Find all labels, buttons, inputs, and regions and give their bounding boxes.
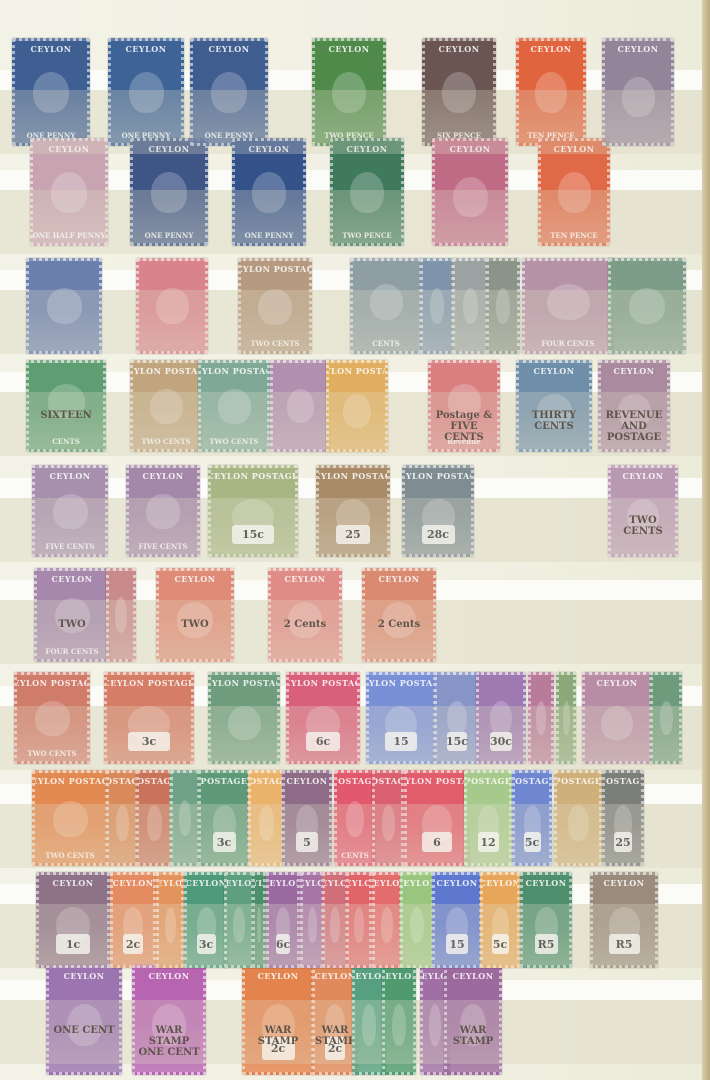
stamp-inscription: CEYLON xyxy=(248,144,289,154)
stamp-inscription: CEYLON xyxy=(185,878,226,888)
monarch-portrait-icon xyxy=(115,597,127,632)
stamp xyxy=(106,568,136,662)
stamp: CEYLONONE PENNY xyxy=(108,38,184,146)
stamp: CEYLON POSTAGE15c xyxy=(208,465,298,557)
stamp: CEYLON xyxy=(400,872,434,968)
stamp-overprint: Postage & FIVE CENTS xyxy=(431,410,497,443)
stamp-inscription: CEYLON xyxy=(480,878,520,888)
monarch-portrait-icon xyxy=(382,805,395,841)
stamp-inscription: CEYLON xyxy=(174,574,215,584)
stamp-inscription: CEYLON xyxy=(142,471,183,481)
monarch-portrait-icon xyxy=(463,288,478,324)
stamp: CEYLONSIX PENCE xyxy=(422,38,496,146)
stamp-value-tablet: R5 xyxy=(535,934,558,954)
stamp: CEYLON POSTAGE6c xyxy=(286,672,360,764)
monarch-portrait-icon xyxy=(308,907,317,943)
stamp-inscription: CEYLON xyxy=(436,878,477,888)
stamp-inscription: CEYLON xyxy=(286,776,327,786)
monarch-portrait-icon xyxy=(47,288,82,324)
stamp: CEYLON3c xyxy=(184,872,228,968)
stamp: POSTAGE xyxy=(372,770,404,866)
monarch-portrait-icon xyxy=(350,172,384,213)
monarch-portrait-icon xyxy=(370,284,403,320)
monarch-portrait-icon xyxy=(257,907,261,943)
stamp: CEYLONFOUR CENTSTWO xyxy=(34,568,110,662)
stamp: CEYLON5 xyxy=(282,770,332,866)
monarch-portrait-icon xyxy=(536,701,546,735)
stamp-inscription: POSTAGE xyxy=(106,776,138,786)
stamp-inscription: CEYLON xyxy=(328,44,369,54)
stamp: POSTAGE xyxy=(136,770,172,866)
stamp xyxy=(420,258,454,354)
stamp xyxy=(528,672,554,764)
stamp-inscription: CEYLON POSTAGE xyxy=(402,471,474,481)
stamp-denomination-text: TWO CENTS xyxy=(209,437,258,446)
stamp: CEYLON xyxy=(346,872,372,968)
stamp-inscription: CEYLON xyxy=(613,366,654,376)
stamp xyxy=(650,672,682,764)
stamp: CEYLON1c xyxy=(36,872,110,968)
stamp-inscription: POSTAGE xyxy=(372,776,404,786)
stamp-inscription: CEYLON POSTAGE xyxy=(198,366,270,376)
monarch-portrait-icon xyxy=(601,706,633,740)
stamp: CEYLONTWO PENCE xyxy=(312,38,386,146)
stamp-inscription: CEYLON xyxy=(257,971,298,981)
stamp-value-tablet: 3c xyxy=(128,732,170,751)
stamp: CEYLON POSTAGE3c xyxy=(104,672,194,764)
monarch-portrait-icon xyxy=(535,72,567,113)
stamp-inscription: CEYLON xyxy=(300,878,324,888)
monarch-portrait-icon xyxy=(629,288,665,324)
stamp-value-tablet: 5 xyxy=(296,832,318,852)
stamp-inscription: CEYLON xyxy=(314,971,355,981)
monarch-portrait-icon xyxy=(660,701,673,735)
stamp-inscription: CEYLON xyxy=(156,878,184,888)
stamp: CEYLONONE PENNY xyxy=(232,138,306,246)
stamp-denomination-text: TWO CENTS xyxy=(45,851,94,860)
stamp-value-tablet: 12 xyxy=(478,832,499,852)
stamp-inscription: CEYLON xyxy=(346,878,372,888)
stamp-overprint: SIXTEEN xyxy=(29,410,103,421)
stamp: CEYLONR5 xyxy=(520,872,572,968)
monarch-portrait-icon xyxy=(410,907,424,943)
stamp-inscription: CEYLON xyxy=(533,366,574,376)
stamp-inscription: CEYLON xyxy=(148,971,189,981)
stamp: FOUR CENTS xyxy=(522,258,614,354)
stamp-denomination-text: TEN PENCE xyxy=(550,231,597,240)
stamp-value-tablet: 6c xyxy=(276,934,290,954)
stockbook-page: CEYLONONE PENNYCEYLONONE PENNYCEYLONONE … xyxy=(0,0,710,1080)
stamp-inscription: CEYLON xyxy=(63,971,104,981)
stamp xyxy=(136,258,208,354)
stamp-value-tablet: 1c xyxy=(56,934,90,954)
stamp: CEYLON2 Cents xyxy=(268,568,342,662)
stamp: CEYLONWAR STAMP ONE CENT xyxy=(132,965,206,1075)
stamp: CENTS xyxy=(350,258,422,354)
monarch-portrait-icon xyxy=(332,72,366,113)
stamp xyxy=(170,770,200,866)
stamp-inscription: POSTAGE xyxy=(334,776,376,786)
stamp: RevenuePostage & FIVE CENTS xyxy=(428,360,500,452)
stamp-value-tablet: 30c xyxy=(490,732,512,751)
stamp-value-tablet: 5c xyxy=(492,934,509,954)
stamp: CEYLONONE PENNY xyxy=(190,38,268,146)
stamp: CEYLON POSTAGE25 xyxy=(316,465,390,557)
monarch-portrait-icon xyxy=(218,389,251,423)
monarch-portrait-icon xyxy=(392,1004,406,1046)
monarch-portrait-icon xyxy=(346,801,364,837)
stamp xyxy=(452,258,488,354)
monarch-portrait-icon xyxy=(53,801,88,837)
stamp-overprint: TWO CENTS xyxy=(611,515,675,537)
monarch-portrait-icon xyxy=(146,494,180,528)
stamp: CEYLON xyxy=(300,872,324,968)
stamp-value-tablet: 5c xyxy=(524,832,541,852)
stamp: CEYLONFIVE CENTS xyxy=(32,465,108,557)
monarch-portrait-icon xyxy=(53,494,88,528)
stamp-value-tablet: 15c xyxy=(232,525,274,544)
stamp: CEYLON POSTAGE28c xyxy=(402,465,474,557)
stamp: CEYLON2c xyxy=(110,872,156,968)
stamp-inscription: CEYLON xyxy=(51,574,92,584)
monarch-portrait-icon xyxy=(129,72,164,113)
stamp-denomination-text: TWO CENTS xyxy=(141,437,190,446)
stamp-value-tablet: 25 xyxy=(336,525,370,544)
stamp: POSTAGE xyxy=(106,770,138,866)
stamp-overprint: THIRTY CENTS xyxy=(519,410,589,432)
stamp: 15c xyxy=(434,672,480,764)
stamp: CEYLON POSTAGETWO CENTS xyxy=(130,360,202,452)
monarch-portrait-icon xyxy=(354,907,364,943)
stamp-denomination-text: FIVE CENTS xyxy=(45,542,94,551)
stamp-value-tablet: 6 xyxy=(422,832,452,852)
stamp-inscription: CEYLON xyxy=(596,678,637,688)
stamp: CEYLON xyxy=(372,872,402,968)
stamp: CEYLON15 xyxy=(432,872,482,968)
stamp-inscription: CEYLON xyxy=(346,144,387,154)
stamp: CEYLON xyxy=(322,872,348,968)
stamp-inscription: CEYLON POSTAGE xyxy=(366,678,436,688)
stamp-overprint: REVENUE AND POSTAGE xyxy=(601,410,667,443)
stamp-inscription: CEYLON xyxy=(148,144,189,154)
stamp-inscription: CEYLON xyxy=(378,574,419,584)
stamp: CEYLONTEN PENCE xyxy=(516,38,586,146)
monarch-portrait-icon xyxy=(258,289,292,325)
stamp-value-tablet: 6c xyxy=(306,732,340,751)
monarch-portrait-icon xyxy=(442,72,476,113)
stamp-overprint: 2 Cents xyxy=(365,619,433,630)
monarch-portrait-icon xyxy=(547,284,590,320)
stamp: CEYLONONE PENNY xyxy=(12,38,90,146)
stamp: CENTSSIXTEEN xyxy=(26,360,106,452)
stamp: CEYLON xyxy=(252,872,266,968)
monarch-portrait-icon xyxy=(179,800,191,836)
stamp: CEYLON xyxy=(382,965,416,1075)
monarch-portrait-icon xyxy=(35,701,70,735)
stamp-inscription: CEYLON xyxy=(372,878,402,888)
stamp-overprint: WAR STAMP xyxy=(315,1025,355,1047)
stamp-denomination-text: FOUR CENTS xyxy=(542,339,595,348)
monarch-portrait-icon xyxy=(558,172,591,213)
stamp: CEYLON POSTAGE xyxy=(208,672,280,764)
stamp-overprint: WAR STAMP xyxy=(245,1025,311,1047)
stamp-denomination-text: CENTS xyxy=(372,339,400,348)
monarch-portrait-icon xyxy=(151,172,187,213)
monarch-portrait-icon xyxy=(429,1004,441,1046)
stamp-inscription: CEYLON xyxy=(224,878,254,888)
stamp: CEYLONTWO xyxy=(156,568,234,662)
monarch-portrait-icon xyxy=(343,394,371,428)
stamp: 30c xyxy=(476,672,526,764)
stamp-inscription: CEYLON xyxy=(622,471,663,481)
stamp-inscription: POSTAGE xyxy=(602,776,644,786)
stamp-inscription: CEYLON xyxy=(449,144,490,154)
stamp: POSTAGE5c xyxy=(512,770,552,866)
stamp: CEYLONTWO CENTS xyxy=(608,465,678,557)
stamp xyxy=(270,360,330,452)
stamp-inscription: POSTAGE xyxy=(201,776,248,786)
monarch-portrait-icon xyxy=(568,805,589,841)
stamp-denomination-text: ONE PENNY xyxy=(245,231,294,240)
stamp: CEYLONONE CENT xyxy=(46,965,122,1075)
stamp: CEYLON xyxy=(432,138,508,246)
stamp-inscription: CEYLON xyxy=(48,144,89,154)
monarch-portrait-icon xyxy=(362,1004,376,1046)
monarch-portrait-icon xyxy=(228,706,261,740)
stamp: CEYLON xyxy=(352,965,386,1075)
monarch-portrait-icon xyxy=(496,288,510,324)
stamp-inscription: CEYLON xyxy=(252,878,266,888)
stamp-inscription: CEYLON xyxy=(452,971,493,981)
stamp-inscription: POSTAGE xyxy=(136,776,172,786)
monarch-portrait-icon xyxy=(330,907,340,943)
stamp: CEYLONTWO PENCE xyxy=(330,138,404,246)
stamp xyxy=(26,258,102,354)
monarch-portrait-icon xyxy=(622,77,655,118)
monarch-portrait-icon xyxy=(430,288,444,324)
stamp: CEYLON POSTAGE15 xyxy=(366,672,436,764)
stamp: POSTAGECENTS xyxy=(334,770,376,866)
stamp-inscription: CEYLON POSTAGE xyxy=(104,678,194,688)
stamp-denomination-text: CENTS xyxy=(341,851,369,860)
stamp-inscription: CEYLON xyxy=(49,471,90,481)
stamp: CEYLONR5 xyxy=(590,872,658,968)
stamp-inscription: POSTAGE xyxy=(248,776,284,786)
stamp-value-tablet: 15 xyxy=(446,934,468,954)
stamp: POSTAGE xyxy=(248,770,284,866)
monarch-portrait-icon xyxy=(165,907,176,943)
stamp-inscription: CEYLON POSTAGE xyxy=(404,776,470,786)
stamp: CEYLONTEN PENCE xyxy=(538,138,610,246)
stamp-denomination-text: CENTS xyxy=(52,437,80,446)
stamp-overprint: TWO xyxy=(37,619,107,630)
album-page-edge xyxy=(702,0,710,1080)
stamp: POSTAGE xyxy=(554,770,602,866)
stamp: CEYLONFIVE CENTS xyxy=(126,465,200,557)
stamp-inscription: CEYLON xyxy=(284,574,325,584)
stamp-inscription: POSTAGE xyxy=(465,776,512,786)
stamp: CEYLON POSTAGETWO CENTS xyxy=(14,672,90,764)
stamp-denomination-text: ONE HALF PENNY xyxy=(32,231,105,240)
stamp: CEYLON2 Cents xyxy=(362,568,436,662)
monarch-portrait-icon xyxy=(150,389,183,423)
stamp-inscription: CEYLON xyxy=(30,44,71,54)
stamp: CEYLONONE HALF PENNY xyxy=(30,138,108,246)
stamp: POSTAGE25 xyxy=(602,770,644,866)
monarch-portrait-icon xyxy=(563,701,570,735)
stamp-inscription: CEYLON xyxy=(617,44,658,54)
stamp-inscription: POSTAGE xyxy=(512,776,552,786)
stamp-denomination-text: FIVE CENTS xyxy=(138,542,187,551)
stamp-inscription: CEYLON xyxy=(553,144,594,154)
stamp-inscription: CEYLON xyxy=(112,878,153,888)
stamp: CEYLONREVENUE AND POSTAGE xyxy=(598,360,670,452)
stamp-value-tablet: 15c xyxy=(447,732,467,751)
stamp-value-tablet: 2c xyxy=(123,934,143,954)
monarch-portrait-icon xyxy=(252,172,286,213)
stamp-denomination-text: TWO CENTS xyxy=(250,339,299,348)
stamp-overprint: WAR STAMP xyxy=(447,1025,499,1047)
monarch-portrait-icon xyxy=(116,805,129,841)
stamp: CEYLON xyxy=(156,872,184,968)
stamp-inscription: CEYLON POSTAGE xyxy=(32,776,108,786)
stamp: POSTAGE3c xyxy=(198,770,250,866)
monarch-portrait-icon xyxy=(33,72,69,113)
stamp-inscription: CEYLON POSTAGE xyxy=(286,678,360,688)
stamp: CEYLONWAR STAMP xyxy=(444,965,502,1075)
stamp-denomination-text: TWO CENTS xyxy=(27,749,76,758)
stamp-inscription: CEYLON POSTAGE xyxy=(238,264,312,274)
monarch-portrait-icon xyxy=(156,288,189,324)
stamp: CEYLON xyxy=(582,672,652,764)
stamp-value-tablet: 3c xyxy=(197,934,216,954)
stamp-denomination-text: ONE PENNY xyxy=(145,231,194,240)
stamp-inscription: CEYLON POSTAGE xyxy=(208,471,298,481)
monarch-portrait-icon xyxy=(233,907,245,943)
monarch-portrait-icon xyxy=(490,701,512,735)
stamp-overprint: 2 Cents xyxy=(271,619,339,630)
stamp: CEYLON2cWAR STAMP xyxy=(242,965,314,1075)
stamp-overprint: ONE CENT xyxy=(49,1025,119,1036)
stamp-inscription: CEYLON xyxy=(352,971,386,981)
stamp xyxy=(608,258,686,354)
stamp-overprint: TWO xyxy=(159,619,231,630)
stamp: CEYLONTHIRTY CENTS xyxy=(516,360,592,452)
stamp-value-tablet: R5 xyxy=(609,934,640,954)
monarch-portrait-icon xyxy=(147,805,162,841)
stamp: CEYLON POSTAGETWO CENTS xyxy=(238,258,312,354)
stamp-inscription: CEYLON xyxy=(438,44,479,54)
monarch-portrait-icon xyxy=(447,701,467,735)
monarch-portrait-icon xyxy=(453,177,488,218)
stamp: CEYLON POSTAGETWO CENTS xyxy=(32,770,108,866)
stamp-value-tablet: 3c xyxy=(213,832,236,852)
stamp-inscription: CEYLON xyxy=(525,878,566,888)
stamp-inscription: CEYLON POSTAGE xyxy=(326,366,388,376)
stamp-inscription: CEYLON xyxy=(266,878,300,888)
stamp: CEYLON xyxy=(602,38,674,146)
stamp-inscription: CEYLON xyxy=(400,878,434,888)
stamp-value-tablet: 28c xyxy=(422,525,455,544)
stamp-inscription: CEYLON xyxy=(530,44,571,54)
stamp-value-tablet: 25 xyxy=(614,832,632,852)
stamp: CEYLON POSTAGE xyxy=(326,360,388,452)
stamp-inscription: CEYLON POSTAGE xyxy=(14,678,90,688)
monarch-portrait-icon xyxy=(259,805,274,841)
stamp: CEYLONONE PENNY xyxy=(130,138,208,246)
stamp-inscription: CEYLON xyxy=(52,878,93,888)
stamp-inscription: CEYLON xyxy=(603,878,644,888)
stamp xyxy=(556,672,576,764)
stamp-value-tablet: 15 xyxy=(385,732,417,751)
stamp: CEYLON POSTAGETWO CENTS xyxy=(198,360,270,452)
stamp-overprint: WAR STAMP ONE CENT xyxy=(135,1025,203,1058)
monarch-portrait-icon xyxy=(51,172,87,213)
stamp-inscription: CEYLON xyxy=(125,44,166,54)
monarch-portrait-icon xyxy=(211,72,247,113)
stamp: CEYLON xyxy=(224,872,254,968)
monarch-portrait-icon xyxy=(287,389,314,423)
monarch-portrait-icon xyxy=(381,907,393,943)
stamp: POSTAGE12 xyxy=(464,770,512,866)
stamp: CEYLON5c xyxy=(480,872,520,968)
stamp-denomination-text: TWO PENCE xyxy=(342,231,392,240)
stamp-inscription: CEYLON POSTAGE xyxy=(208,678,280,688)
stamp-denomination-text: FOUR CENTS xyxy=(46,647,99,656)
stamp-inscription: CEYLON xyxy=(322,878,348,888)
stamp-inscription: POSTAGE xyxy=(555,776,602,786)
stamp-inscription: CEYLON POSTAGE xyxy=(130,366,202,376)
stamp: CEYLON6c xyxy=(266,872,300,968)
stamp xyxy=(486,258,520,354)
stamp-inscription: CEYLON POSTAGE xyxy=(316,471,390,481)
stamp: CEYLON POSTAGE6 xyxy=(404,770,470,866)
stamp-inscription: CEYLON xyxy=(382,971,416,981)
stamp-inscription: CEYLON xyxy=(208,44,249,54)
